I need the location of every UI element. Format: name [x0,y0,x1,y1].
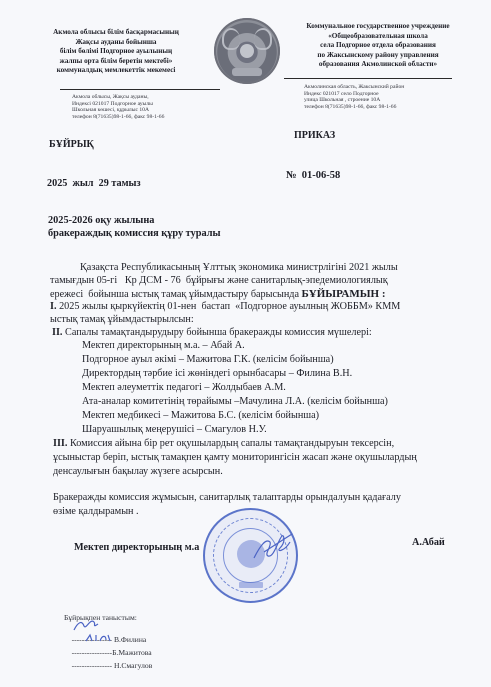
org-kz-line: білім бөлімі Подгорное ауылының [36,47,196,57]
control-line-1: Бракеражды комиссия жұмысын, санитарлық … [53,492,401,505]
acknowledgement-row: ---------------- Н.Смагулов [64,652,152,679]
org-kz-line: коммуналдық мемлекеттік мекемесі [36,66,196,76]
order-subject-line1: 2025-2026 оқу жылына [48,215,154,226]
signature-line: ---------------- [72,661,112,670]
member-item: Мектеп медбикесі – Мажитова Б.С. (келісі… [82,410,319,423]
order-number: № 01-06-58 [286,170,340,181]
order-document-page: Акмола облысы білім басқармасының Жақсы … [0,0,491,687]
org-ru-line: по Жаксынскому району управления [292,51,464,61]
address-kz: Акмола облысы, Жақсы ауданы, Индексі 021… [72,94,164,120]
header-org-kz: Акмола облысы білім басқармасының Жақсы … [36,28,196,76]
org-kz-line: Акмола облысы білім басқармасының [36,28,196,38]
director-signature-icon [250,528,295,566]
intro-line-1: Қазақста Республикасының Ұлттық экономик… [80,262,398,275]
member-item: Подгорное ауыл әкімі – Мажитова Г.К. (ке… [82,354,334,367]
order-title-kz: БҰЙРЫҚ [49,139,94,150]
member-item: Мектеп әлеуметтік педагогі – Жолдыбаев А… [82,382,286,395]
item-text: Комиссия айына бір рет оқушылардың сапал… [67,438,394,449]
address-line: улица Школьная , строение 10А [304,97,404,104]
address-line: Акмолинская область, Жаксынский район [304,84,404,91]
item-1-line-2: ыстық тамақ ұйымдастырылсын: [50,314,194,327]
address-ru: Акмолинская область, Жаксынский район Ин… [304,84,404,110]
address-line: телефон 8(71635)98-1-66, факс 98-1-66 [72,114,164,121]
acknowledger-name: Н.Смагулов [112,661,152,670]
member-item: Директордың тәрбие ісі жөніндегі орынбас… [82,368,352,381]
header-org-ru: Коммунальное государственное учреждение … [292,22,464,70]
org-ru-line: Коммунальное государственное учреждение [292,22,464,32]
address-line: телефон 8(71635)98-1-66, факс 98-1-66 [304,104,404,111]
item-3-line-1: III. Комиссия айына бір рет оқушылардың … [53,438,394,451]
item-3-line-3: денсаулығын бақылау жүзеге асырсын. [53,466,223,479]
member-item: Шаруашылық меңерушісі – Смагулов Н.У. [82,424,267,437]
item-1-line-1: I. 2025 жылы қыркүйектің 01-нен бастап «… [50,301,400,314]
address-line: Индекс 021017 село Подгорное [304,91,404,98]
signatory-name: А.Абай [412,537,445,548]
intro-line-2: тамығдын 05-гі Кр ДСМ - 76 бұйрығы және … [50,275,388,288]
org-ru-line: «Общеобразовательная школа [292,32,464,42]
address-line: Индексі 021017 Подгорное ауылы [72,101,164,108]
order-subject-line2: бракераждық комиссия құру туралы [48,228,221,239]
signatory-position: Мектеп директорының м.а [74,542,199,553]
item-2-title: II. Сапалы тамақтандырудыру бойынша брак… [52,327,372,340]
item-text: Сапалы тамақтандырудыру бойынша бракераж… [62,327,371,338]
org-kz-line: Жақсы ауданы бойынша [36,38,196,48]
member-item: Ата-аналар комитетінің төрайымы –Мачулин… [82,396,388,409]
item-3-line-2: ұсыныстар беріп, ыстық тамақпен қамту мо… [53,452,417,465]
org-ru-line: образования Акмолинской области» [292,60,464,70]
intro-line-3: ережесі бойынша ыстық тамақ ұйымдастыру … [50,288,386,302]
order-date: 2025 жыл 29 тамыз [47,178,141,189]
mazhitova-signature-icon [84,631,114,645]
header-divider-left [60,89,220,90]
header-divider-right [284,78,452,79]
address-line: Школьная көшесі, құрылыс 10А [72,107,164,114]
member-item: Мектеп директорының м.а. – Абай А. [82,340,245,353]
org-kz-line: жалпы орта білім беретін мектебі» [36,57,196,67]
control-line-2: өзіме қалдырамын . [53,506,139,519]
order-title-ru: ПРИКАЗ [294,130,335,141]
intro-text: ережесі бойынша ыстық тамақ ұйымдастыру … [50,289,302,300]
item-number: III. [53,438,67,449]
item-number: II. [52,327,62,338]
order-command: БҰЙЫРАМЫН : [302,288,386,300]
org-ru-line: села Подгорное отдела образования [292,41,464,51]
item-text: 2025 жылы қыркүйектің 01-нен бастап «Под… [57,301,401,312]
state-emblem-icon [214,18,280,84]
address-line: Акмола облысы, Жақсы ауданы, [72,94,164,101]
